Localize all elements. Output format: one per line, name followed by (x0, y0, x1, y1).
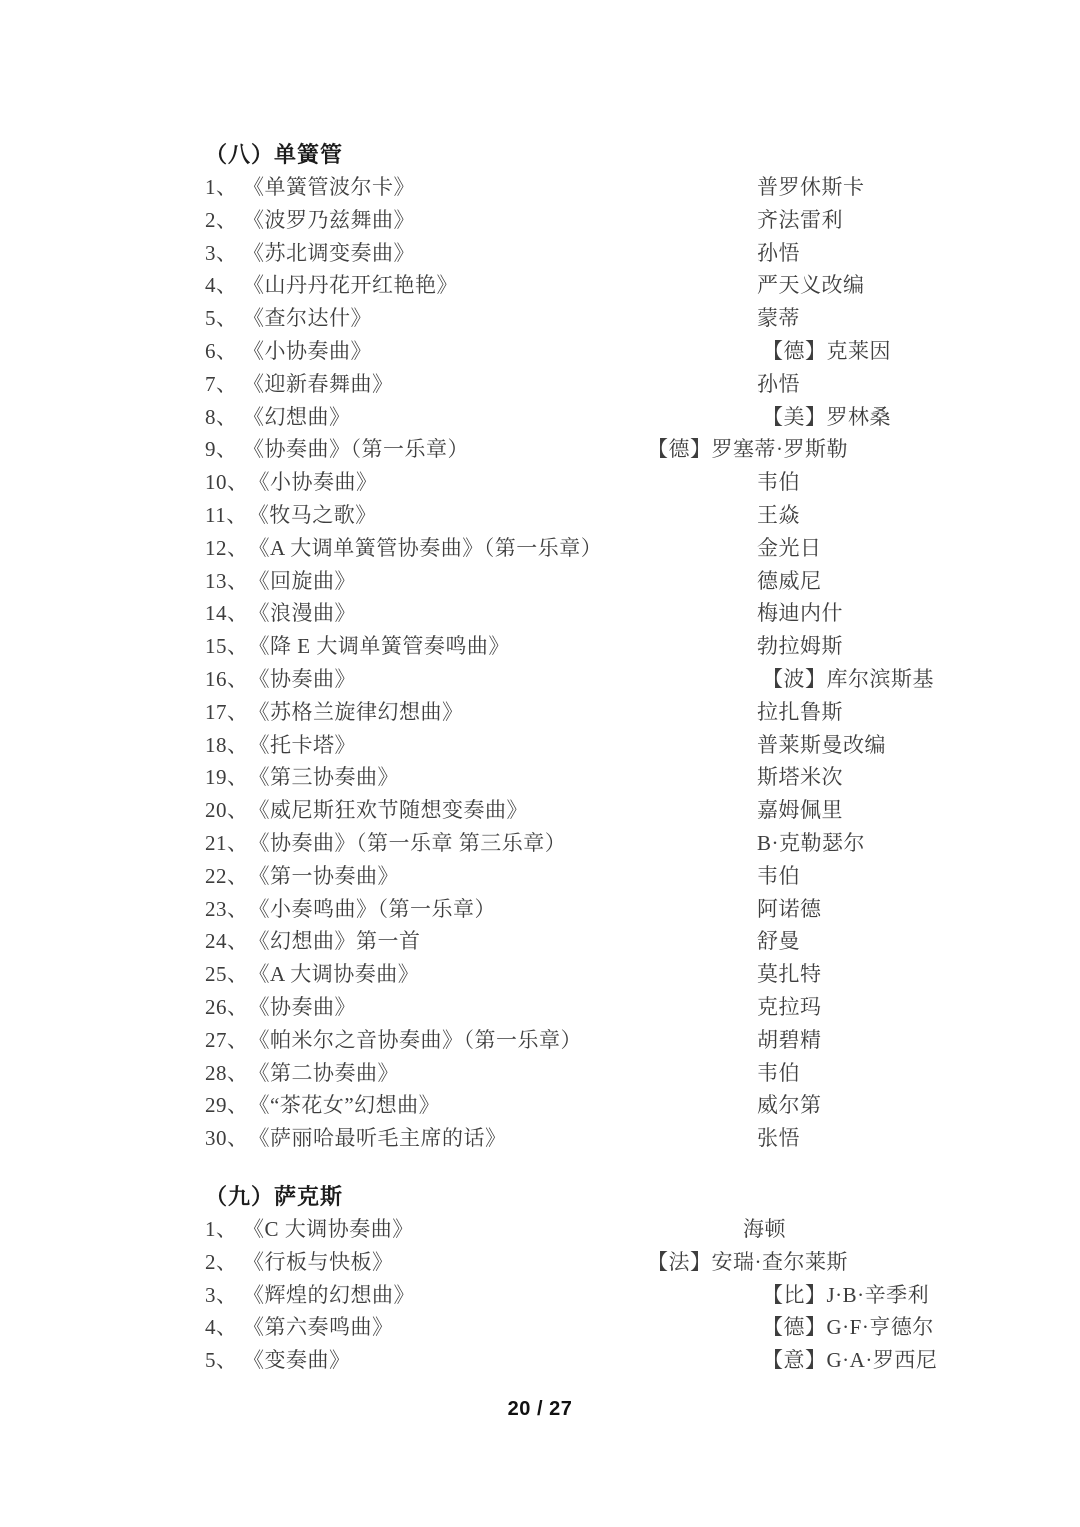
item-number: 4、 (205, 1311, 243, 1344)
item-title: 《查尔达什》 (243, 306, 372, 330)
item-number: 6、 (205, 335, 243, 368)
item-title: 《苏格兰旋律幻想曲》 (249, 700, 464, 724)
item-title: 《协奏曲》（第一乐章 第三乐章） (249, 831, 567, 855)
item-title: 《迎新春舞曲》 (243, 372, 394, 396)
item-composer: 王焱 (757, 499, 800, 532)
list-item: 5、《查尔达什》蒙蒂 (205, 302, 1080, 335)
list-item: 24、《幻想曲》第一首舒曼 (205, 925, 1080, 958)
item-composer: 【意】G·A·罗西尼 (762, 1344, 937, 1377)
item-title: 《小奏鸣曲》（第一乐章） (249, 897, 497, 921)
list-item: 14、《浪漫曲》梅迪内什 (205, 597, 1080, 630)
item-title: 《幻想曲》 (243, 405, 351, 429)
item-number: 30、 (205, 1122, 249, 1155)
item-number: 5、 (205, 302, 243, 335)
item-number: 25、 (205, 958, 249, 991)
list-item: 5、《变奏曲》【意】G·A·罗西尼 (205, 1344, 1080, 1377)
item-number: 26、 (205, 991, 249, 1024)
item-title: 《苏北调变奏曲》 (243, 241, 415, 265)
item-composer: 韦伯 (757, 1057, 800, 1090)
item-composer: 蒙蒂 (757, 302, 800, 335)
section: （九）萨克斯1、《C 大调协奏曲》海顿2、《行板与快板》【法】安瑞·查尔莱斯3、… (205, 1180, 1080, 1377)
item-composer: 斯塔米次 (757, 761, 843, 794)
item-composer: 阿诺德 (757, 893, 822, 926)
item-number: 16、 (205, 663, 249, 696)
item-composer: 【波】库尔滨斯基 (762, 663, 934, 696)
item-title: 《第三协奏曲》 (249, 765, 400, 789)
section-heading: （八）单簧管 (205, 138, 1080, 171)
list-item: 29、《“茶花女”幻想曲》威尔第 (205, 1089, 1080, 1122)
item-composer: 孙悟 (757, 368, 800, 401)
item-title: 《回旋曲》 (249, 569, 357, 593)
list-item: 15、《降 E 大调单簧管奏鸣曲》勃拉姆斯 (205, 630, 1080, 663)
list-item: 21、《协奏曲》（第一乐章 第三乐章）B·克勒瑟尔 (205, 827, 1080, 860)
item-title: 《小协奏曲》 (249, 470, 378, 494)
item-number: 9、 (205, 433, 243, 466)
page-number: 20 / 27 (0, 1398, 1080, 1421)
item-composer: 德威尼 (757, 565, 822, 598)
sections-container: （八）单簧管1、《单簧管波尔卡》普罗休斯卡2、《波罗乃兹舞曲》齐法雷利3、《苏北… (205, 138, 1080, 1377)
item-composer: 【法】安瑞·查尔莱斯 (647, 1246, 848, 1279)
list-item: 28、《第二协奏曲》韦伯 (205, 1057, 1080, 1090)
item-title: 《小协奏曲》 (243, 339, 372, 363)
item-composer: 梅迪内什 (757, 597, 843, 630)
item-number: 29、 (205, 1089, 249, 1122)
item-title: 《威尼斯狂欢节随想变奏曲》 (249, 798, 529, 822)
item-title: 《浪漫曲》 (249, 601, 357, 625)
item-number: 4、 (205, 269, 243, 302)
list-item: 2、《行板与快板》【法】安瑞·查尔莱斯 (205, 1246, 1080, 1279)
item-title: 《A 大调协奏曲》 (249, 962, 420, 986)
item-title: 《协奏曲》（第一乐章） (243, 437, 469, 461)
repertoire-list: （八）单簧管1、《单簧管波尔卡》普罗休斯卡2、《波罗乃兹舞曲》齐法雷利3、《苏北… (205, 138, 1080, 1377)
list-item: 1、《单簧管波尔卡》普罗休斯卡 (205, 171, 1080, 204)
item-number: 15、 (205, 630, 249, 663)
list-item: 13、《回旋曲》德威尼 (205, 565, 1080, 598)
list-item: 8、《幻想曲》【美】罗林桑 (205, 401, 1080, 434)
item-number: 1、 (205, 171, 243, 204)
item-number: 23、 (205, 893, 249, 926)
item-number: 17、 (205, 696, 249, 729)
document-page: （八）单簧管1、《单簧管波尔卡》普罗休斯卡2、《波罗乃兹舞曲》齐法雷利3、《苏北… (0, 0, 1080, 1527)
section: （八）单簧管1、《单簧管波尔卡》普罗休斯卡2、《波罗乃兹舞曲》齐法雷利3、《苏北… (205, 138, 1080, 1155)
list-item: 22、《第一协奏曲》韦伯 (205, 860, 1080, 893)
item-number: 19、 (205, 761, 249, 794)
item-composer: 孙悟 (757, 237, 800, 270)
list-item: 19、《第三协奏曲》斯塔米次 (205, 761, 1080, 794)
item-number: 10、 (205, 466, 249, 499)
item-number: 21、 (205, 827, 249, 860)
section-heading: （九）萨克斯 (205, 1180, 1080, 1213)
list-item: 16、《协奏曲》【波】库尔滨斯基 (205, 663, 1080, 696)
item-composer: 【美】罗林桑 (762, 401, 891, 434)
item-title: 《A 大调单簧管协奏曲》（第一乐章） (249, 536, 603, 560)
list-item: 4、《第六奏鸣曲》【德】G·F·亨德尔 (205, 1311, 1080, 1344)
list-item: 2、《波罗乃兹舞曲》齐法雷利 (205, 204, 1080, 237)
list-item: 7、《迎新春舞曲》孙悟 (205, 368, 1080, 401)
item-number: 2、 (205, 1246, 243, 1279)
list-item: 12、《A 大调单簧管协奏曲》（第一乐章）金光日 (205, 532, 1080, 565)
item-composer: 【德】克莱因 (762, 335, 891, 368)
item-title: 《协奏曲》 (249, 995, 357, 1019)
item-composer: 舒曼 (757, 925, 800, 958)
item-title: 《山丹丹花开红艳艳》 (243, 273, 458, 297)
item-composer: 韦伯 (757, 466, 800, 499)
item-composer: B·克勒瑟尔 (757, 827, 865, 860)
list-item: 20、《威尼斯狂欢节随想变奏曲》嘉姆佩里 (205, 794, 1080, 827)
item-number: 27、 (205, 1024, 249, 1057)
list-item: 3、《苏北调变奏曲》孙悟 (205, 237, 1080, 270)
item-number: 24、 (205, 925, 249, 958)
item-composer: 勃拉姆斯 (757, 630, 843, 663)
item-composer: 韦伯 (757, 860, 800, 893)
item-composer: 胡碧精 (757, 1024, 822, 1057)
item-number: 13、 (205, 565, 249, 598)
item-number: 8、 (205, 401, 243, 434)
item-title: 《托卡塔》 (249, 733, 357, 757)
list-item: 30、《萨丽哈最听毛主席的话》张悟 (205, 1122, 1080, 1155)
item-number: 20、 (205, 794, 249, 827)
list-item: 18、《托卡塔》普莱斯曼改编 (205, 729, 1080, 762)
item-number: 22、 (205, 860, 249, 893)
item-number: 28、 (205, 1057, 249, 1090)
list-item: 23、《小奏鸣曲》（第一乐章）阿诺德 (205, 893, 1080, 926)
item-composer: 齐法雷利 (757, 204, 843, 237)
item-number: 7、 (205, 368, 243, 401)
item-title: 《协奏曲》 (249, 667, 357, 691)
item-composer: 【德】G·F·亨德尔 (762, 1311, 934, 1344)
item-title: 《萨丽哈最听毛主席的话》 (249, 1126, 507, 1150)
list-item: 26、《协奏曲》克拉玛 (205, 991, 1080, 1024)
item-number: 1、 (205, 1213, 243, 1246)
item-number: 12、 (205, 532, 249, 565)
item-number: 14、 (205, 597, 249, 630)
item-title: 《“茶花女”幻想曲》 (249, 1093, 441, 1117)
list-item: 27、《帕米尔之音协奏曲》（第一乐章）胡碧精 (205, 1024, 1080, 1057)
item-composer: 【比】J·B·辛季利 (762, 1279, 929, 1312)
list-item: 4、《山丹丹花开红艳艳》严天义改编 (205, 269, 1080, 302)
list-item: 10、《小协奏曲》韦伯 (205, 466, 1080, 499)
item-title: 《辉煌的幻想曲》 (243, 1283, 415, 1307)
item-composer: 张悟 (757, 1122, 800, 1155)
item-number: 5、 (205, 1344, 243, 1377)
item-number: 3、 (205, 1279, 243, 1312)
item-title: 《第二协奏曲》 (249, 1061, 400, 1085)
list-item: 25、《A 大调协奏曲》莫扎特 (205, 958, 1080, 991)
item-title: 《降 E 大调单簧管奏鸣曲》 (249, 634, 510, 658)
item-title: 《行板与快板》 (243, 1250, 394, 1274)
list-item: 1、《C 大调协奏曲》海顿 (205, 1213, 1080, 1246)
item-composer: 金光日 (757, 532, 822, 565)
item-title: 《第一协奏曲》 (249, 864, 400, 888)
list-item: 3、《辉煌的幻想曲》【比】J·B·辛季利 (205, 1279, 1080, 1312)
item-composer: 莫扎特 (757, 958, 822, 991)
item-composer: 普莱斯曼改编 (757, 729, 886, 762)
item-number: 11、 (205, 499, 248, 532)
item-composer: 拉扎鲁斯 (757, 696, 843, 729)
item-title: 《变奏曲》 (243, 1348, 351, 1372)
item-title: 《帕米尔之音协奏曲》（第一乐章） (249, 1028, 583, 1052)
item-composer: 海顿 (743, 1213, 786, 1246)
item-number: 3、 (205, 237, 243, 270)
item-title: 《C 大调协奏曲》 (243, 1217, 414, 1241)
item-title: 《第六奏鸣曲》 (243, 1315, 394, 1339)
item-title: 《波罗乃兹舞曲》 (243, 208, 415, 232)
list-item: 9、《协奏曲》（第一乐章）【德】罗塞蒂·罗斯勒 (205, 433, 1080, 466)
item-composer: 克拉玛 (757, 991, 822, 1024)
item-composer: 嘉姆佩里 (757, 794, 843, 827)
list-item: 17、《苏格兰旋律幻想曲》拉扎鲁斯 (205, 696, 1080, 729)
item-number: 18、 (205, 729, 249, 762)
item-composer: 威尔第 (757, 1089, 822, 1122)
item-composer: 严天义改编 (757, 269, 865, 302)
list-item: 6、《小协奏曲》【德】克莱因 (205, 335, 1080, 368)
item-composer: 【德】罗塞蒂·罗斯勒 (647, 433, 848, 466)
item-composer: 普罗休斯卡 (757, 171, 865, 204)
item-title: 《单簧管波尔卡》 (243, 175, 415, 199)
item-number: 2、 (205, 204, 243, 237)
list-item: 11、《牧马之歌》王焱 (205, 499, 1080, 532)
item-title: 《幻想曲》第一首 (249, 929, 421, 953)
item-title: 《牧马之歌》 (248, 503, 377, 527)
